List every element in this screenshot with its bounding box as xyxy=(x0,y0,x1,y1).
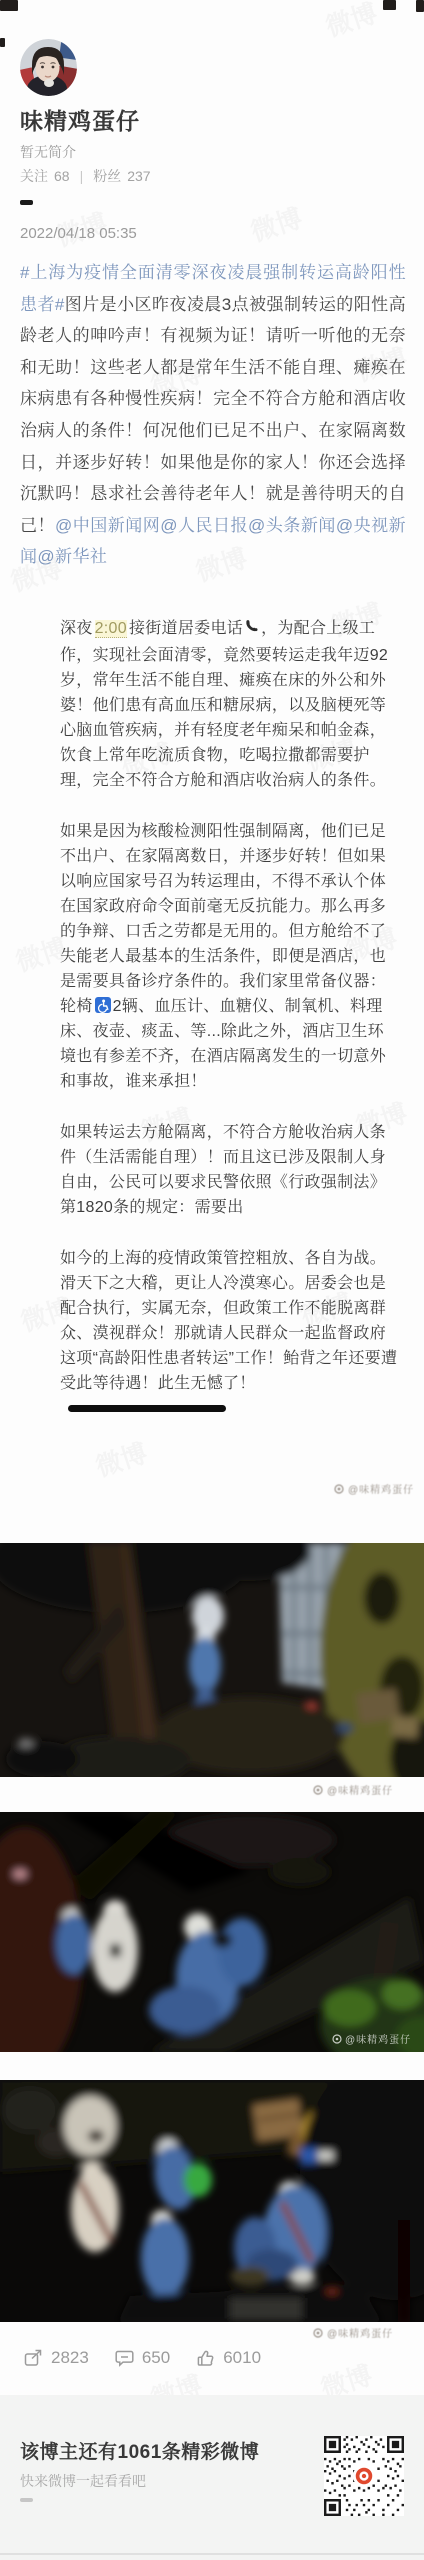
post-date: 2022/04/18 05:35 xyxy=(20,225,137,242)
quote-p4-text: 如今的上海的疫情政策管控粗放、各自为战。滑天下之大稽，更让人冷漠寒心。居委会也是… xyxy=(60,1250,397,1392)
quoted-letter-text: 深夜2:00接街道居委电话，为配合上级工作，实现社会面清零，竟然要转运走我年迈9… xyxy=(60,616,400,1447)
repost-button[interactable]: 2823 xyxy=(24,2348,89,2368)
following-count: 68 xyxy=(54,168,70,184)
avatar-image xyxy=(20,39,77,96)
footer-title: 该博主还有1061条精彩微博 xyxy=(20,2437,259,2464)
collapsed-toolbar-dash xyxy=(20,200,33,205)
footer-promo: 该博主还有1061条精彩微博 快来微博一起看看吧 xyxy=(0,2395,424,2560)
cropped-edge-mark xyxy=(0,38,5,47)
avatar[interactable] xyxy=(20,39,77,96)
weibo-watermark: 微博 xyxy=(321,0,382,44)
quote-paragraph-3: 如果转运去方舱隔离，不符合方舱收治病人条件（生活需能自理）！而且这已涉及限制人身… xyxy=(60,1120,400,1220)
time-link[interactable]: 2:00 xyxy=(95,620,127,638)
repost-count: 2823 xyxy=(51,2348,89,2368)
weibo-share-card: 微博 微博 微博 微博 微博 微博 微博 微博 微博 微博 微博 微博 微博 微… xyxy=(0,0,424,2560)
quote-p1-pre: 深夜 xyxy=(60,620,93,637)
profile-bio: 暂无简介 xyxy=(20,142,76,162)
repost-icon xyxy=(24,2349,43,2367)
mention-links[interactable]: @中国新闻网@人民日报@头条新闻@央视新闻@新华社 xyxy=(20,516,406,567)
quote-p2-pre: 如果是因为核酸检测阳性强制隔离，他们已足不出户、在家隔离数日，并逐步好转！但如果… xyxy=(60,823,386,1015)
photo-2-night-scene[interactable]: @味精鸡蛋仔 xyxy=(0,1812,424,2052)
post-text: #上海为疫情全面清零深夜凌晨强制转运高龄阳性患者#图片是小区昨夜凌晨3点被强制转… xyxy=(20,257,406,573)
cropped-edge-mark xyxy=(383,0,396,10)
svg-text:@味精鸡蛋仔: @味精鸡蛋仔 xyxy=(345,2033,411,2046)
quote-paragraph-2: 如果是因为核酸检测阳性强制隔离，他们已足不出户、在家隔离数日，并逐步好转！但如果… xyxy=(60,819,400,1094)
cropped-edge-mark xyxy=(0,0,18,11)
weibo-eye-icon xyxy=(312,2327,324,2339)
username[interactable]: 味精鸡蛋仔 xyxy=(20,103,140,136)
comment-button[interactable]: 650 xyxy=(115,2348,170,2368)
post-body: 图片是小区昨夜凌晨3点被强制转运的阳性高龄老人的呻吟声！有视频为证！请听一听他的… xyxy=(20,295,406,535)
comment-icon xyxy=(115,2349,134,2367)
engagement-bar: 2823 650 6010 xyxy=(24,2348,261,2368)
author-watermark-on-photo: @味精鸡蛋仔 xyxy=(333,2033,411,2046)
author-watermark: @味精鸡蛋仔 xyxy=(333,1481,414,1496)
comment-count: 650 xyxy=(142,2348,170,2368)
footer-subtitle: 快来微博一起看看吧 xyxy=(20,2471,146,2491)
like-button[interactable]: 6010 xyxy=(196,2348,261,2368)
quote-paragraph-1: 深夜2:00接街道居委电话，为配合上级工作，实现社会面清零，竟然要转运走我年迈9… xyxy=(60,616,400,793)
weibo-eye-icon xyxy=(312,1784,324,1796)
bottom-edge-line xyxy=(0,2553,424,2555)
following-label: 关注 xyxy=(20,166,48,186)
profile-stats: 关注 68 | 粉丝 237 xyxy=(20,166,151,186)
author-watermark: @味精鸡蛋仔 xyxy=(312,1782,393,1797)
manhole-cover xyxy=(232,2268,268,2284)
weibo-eye-icon xyxy=(333,1483,345,1495)
person-white-hood-top xyxy=(64,2096,116,2156)
weibo-watermark: 微博 xyxy=(246,198,307,249)
author-watermark: @味精鸡蛋仔 xyxy=(312,2325,393,2340)
followers-label: 粉丝 xyxy=(93,166,121,186)
photo-3-night-scene[interactable] xyxy=(0,2080,424,2322)
photo-1-night-scene[interactable] xyxy=(0,1543,424,1777)
phone-receiver-icon xyxy=(244,618,260,643)
cropped-edge-mark xyxy=(416,0,424,12)
footer-dash xyxy=(20,2498,33,2502)
redaction-bar xyxy=(68,1405,226,1412)
quote-paragraph-4: 如今的上海的疫情政策管控粗放、各自为战。滑天下之大稽，更让人冷漠寒心。居委会也是… xyxy=(60,1246,400,1421)
stats-divider: | xyxy=(76,168,88,184)
quote-p1-post: ，为配合上级工作，实现社会面清零，竟然要转运走我年迈92岁，常年生活不能自理、瘫… xyxy=(60,620,388,789)
wheelchair-icon xyxy=(95,997,111,1013)
thumbs-up-icon xyxy=(196,2349,215,2367)
followers-count: 237 xyxy=(127,168,150,184)
like-count: 6010 xyxy=(223,2348,261,2368)
qr-code xyxy=(324,2436,404,2516)
quote-p1-mid: 接街道居委电话 xyxy=(129,620,243,637)
